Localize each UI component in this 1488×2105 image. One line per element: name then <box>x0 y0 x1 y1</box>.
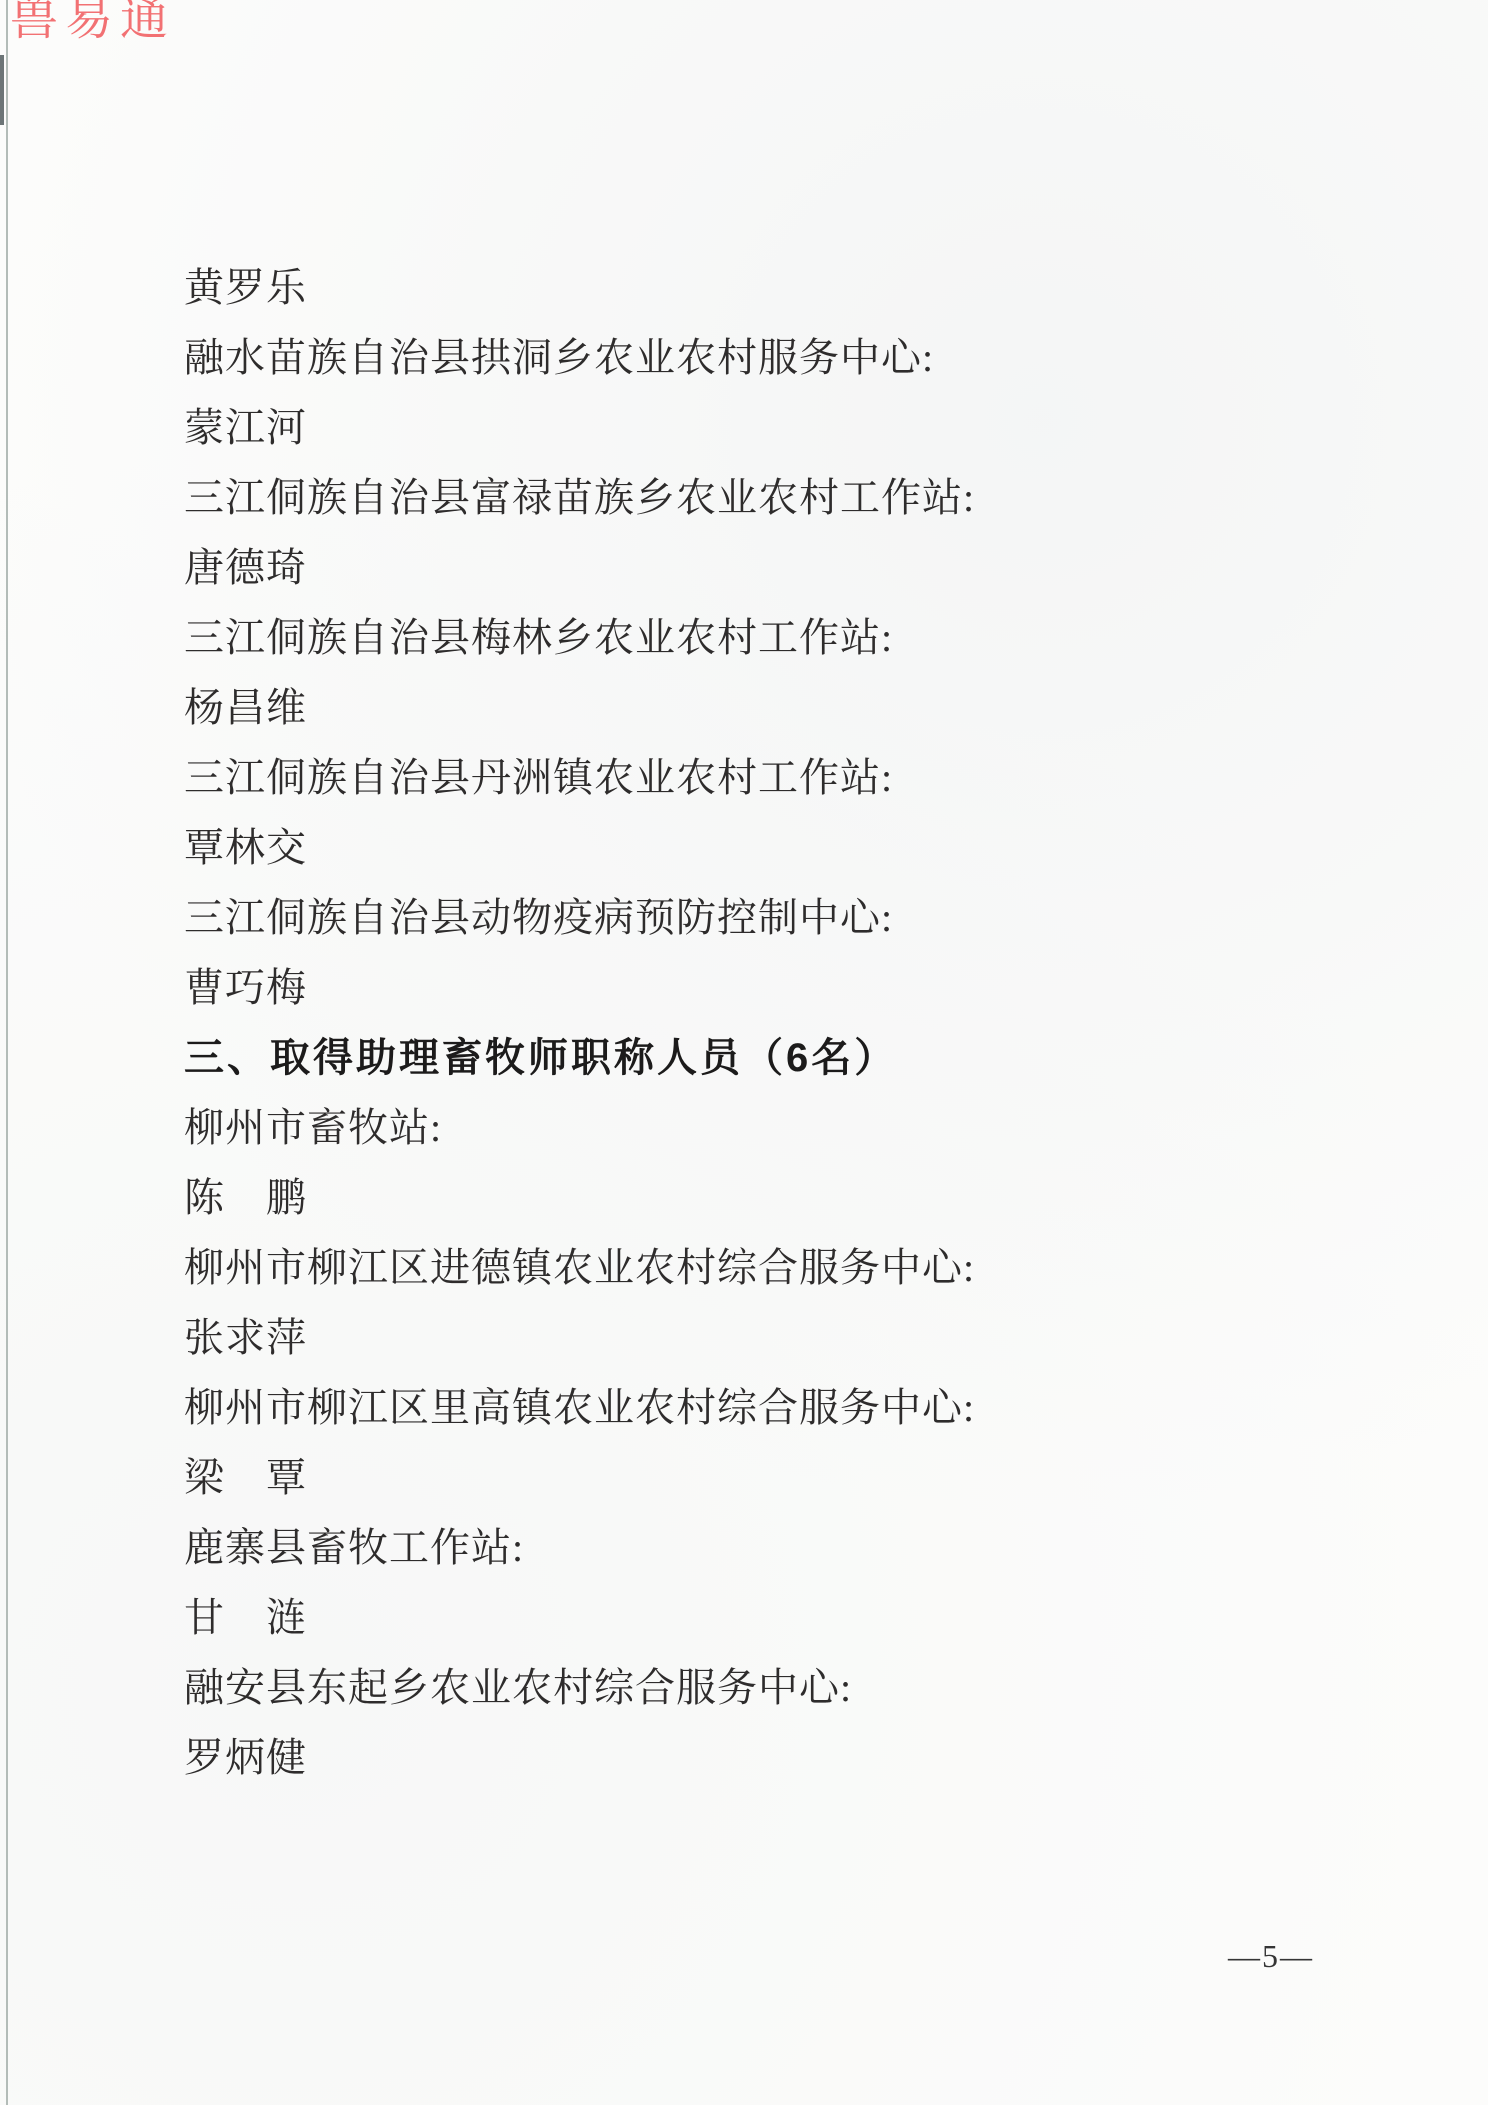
name-line: 覃林交 <box>184 813 1364 883</box>
name-line: 杨昌维 <box>184 673 1364 743</box>
page-number: —5— <box>1228 1938 1314 1975</box>
org-line: 柳州市柳江区进德镇农业农村综合服务中心: <box>184 1233 1364 1303</box>
watermark-text: 兽易通 <box>10 0 175 48</box>
name-line: 陈 鹏 <box>184 1163 1364 1233</box>
org-line: 鹿寨县畜牧工作站: <box>184 1513 1364 1583</box>
org-line: 融安县东起乡农业农村综合服务中心: <box>184 1653 1364 1723</box>
org-line: 柳州市柳江区里高镇农业农村综合服务中心: <box>184 1373 1364 1443</box>
name-line: 张求萍 <box>184 1303 1364 1373</box>
org-line: 三江侗族自治县丹洲镇农业农村工作站: <box>184 743 1364 813</box>
org-line: 三江侗族自治县动物疫病预防控制中心: <box>184 883 1364 953</box>
scan-edge-line <box>6 0 8 2105</box>
name-line: 黄罗乐 <box>184 253 1364 323</box>
name-line: 甘 涟 <box>184 1583 1364 1653</box>
org-line: 柳州市畜牧站: <box>184 1093 1364 1163</box>
section-heading: 三、取得助理畜牧师职称人员（6名） <box>184 1023 1364 1093</box>
org-line: 三江侗族自治县富禄苗族乡农业农村工作站: <box>184 463 1364 533</box>
name-line: 蒙江河 <box>184 393 1364 463</box>
scan-edge-mark <box>0 55 4 125</box>
name-line: 罗炳健 <box>184 1723 1364 1793</box>
document-page: 黄罗乐 融水苗族自治县拱洞乡农业农村服务中心: 蒙江河 三江侗族自治县富禄苗族乡… <box>184 253 1364 1793</box>
org-line: 融水苗族自治县拱洞乡农业农村服务中心: <box>184 323 1364 393</box>
name-line: 梁 覃 <box>184 1443 1364 1513</box>
name-line: 曹巧梅 <box>184 953 1364 1023</box>
name-line: 唐德琦 <box>184 533 1364 603</box>
org-line: 三江侗族自治县梅林乡农业农村工作站: <box>184 603 1364 673</box>
